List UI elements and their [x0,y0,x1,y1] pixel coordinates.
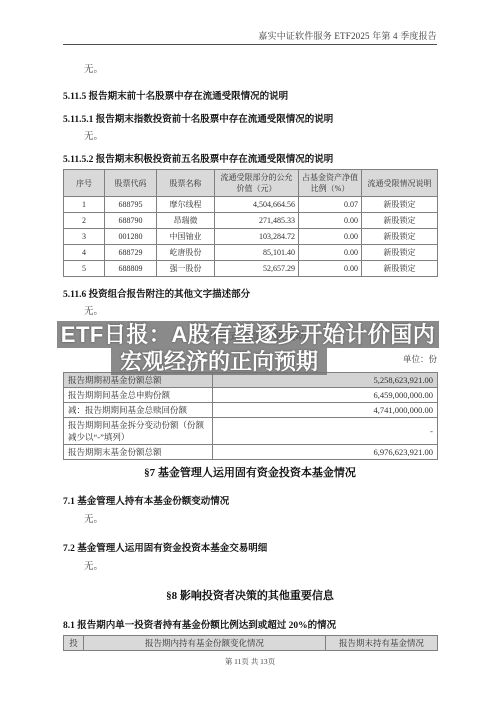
col-header-investor: 投 [64,636,84,651]
share-row-value: 6,976,623,921.00 [213,445,438,460]
share-row-label: 报告期期间基金总申购份额 [64,388,213,403]
cell-note: 新股锁定 [362,229,438,245]
col-header-code: 股票代码 [105,170,157,197]
section-5-11-5-1-body: 无。 [84,128,103,142]
col-header-index: 序号 [64,170,105,197]
cell-fair-value: 52,657.29 [215,261,299,277]
share-row: 报告期期末基金份额总额 6,976,623,921.00 [64,445,438,460]
cell-index: 2 [64,213,105,229]
report-header-title: 嘉实中证软件服务 ETF2025 年第 4 季度报告 [258,29,437,42]
banner-headline-line2: 宏观经济的正向预期 [111,348,327,375]
cell-stock-code: 688795 [105,197,157,213]
cell-pct: 0.00 [299,229,362,245]
cell-pct: 0.00 [299,261,362,277]
cell-stock-code: 688729 [105,245,157,261]
col-header-name: 股票名称 [157,170,215,197]
news-overlay-banner[interactable]: ETF日报：A股有望逐步开始计价国内 宏观经济的正向预期 [57,321,439,375]
stock-row: 4 688729 屹唐股份 85,101.40 0.00 新股锁定 [64,245,438,261]
col-header-note: 流通受限情况说明 [362,170,438,197]
cell-index: 5 [64,261,105,277]
stock-row: 2 688790 昂瑞微 271,485.33 0.00 新股锁定 [64,213,438,229]
col-header-pct: 占基金资产净值比例（%） [299,170,362,197]
section-7-heading: §7 基金管理人运用固有资金投资本基金情况 [0,464,500,480]
cell-index: 3 [64,229,105,245]
share-row-label: 报告期期间基金拆分变动份额（份额减少以“-”填列） [64,418,213,445]
cell-pct: 0.00 [299,245,362,261]
cell-stock-code: 001280 [105,229,157,245]
col-header-fair-value: 流通受限部分的公允价值（元） [215,170,299,197]
cell-stock-name: 中国铀业 [157,229,215,245]
col-header-period-change: 报告期内持有基金份额变化情况 [84,636,326,651]
share-row-label: 报告期期末基金份额总额 [64,445,213,460]
section-8-1-heading: 8.1 报告期内单一投资者持有基金份额比例达到或超过 20%的情况 [63,617,336,631]
share-row: 减：报告期期间基金总赎回份额 4,741,000,000.00 [64,403,438,418]
share-row: 报告期期间基金总申购份额 6,459,000,000.00 [64,388,438,403]
section-5-11-6-body: 无。 [84,303,103,317]
share-row-value: - [213,418,438,445]
page-footer: 第 11页 共 13页 [0,656,500,667]
cell-index: 1 [64,197,105,213]
section-8-heading: §8 影响投资者决策的其他重要信息 [0,587,500,603]
cell-fair-value: 271,485.33 [215,213,299,229]
cell-stock-name: 昂瑞微 [157,213,215,229]
cell-pct: 0.00 [299,213,362,229]
table-header-row: 投 报告期内持有基金份额变化情况 报告期末持有基金情况 [64,636,438,651]
section-7-1-body: 无。 [84,511,103,525]
share-change-table: 报告期期初基金份额总额 5,258,623,921.00 报告期期间基金总申购份… [63,372,438,460]
cell-stock-code: 688809 [105,261,157,277]
share-row-value: 4,741,000,000.00 [213,403,438,418]
section-5-11-5-2-heading: 5.11.5.2 报告期末积极投资前五名股票中存在流通受限情况的说明 [63,151,333,165]
stock-row: 1 688795 摩尔线程 4,504,664.56 0.07 新股锁定 [64,197,438,213]
section-5-11-5-heading: 5.11.5 报告期末前十名股票中存在流通受限情况的说明 [63,88,288,102]
share-row-label: 减：报告期期间基金总赎回份额 [64,403,213,418]
report-page: 嘉实中证软件服务 ETF2025 年第 4 季度报告 无。 5.11.5 报告期… [0,0,500,707]
table-header-row: 序号 股票代码 股票名称 流通受限部分的公允价值（元） 占基金资产净值比例（%）… [64,170,438,197]
section-7-2-heading: 7.2 基金管理人运用固有资金投资本基金交易明细 [63,540,267,554]
cell-pct: 0.07 [299,197,362,213]
share-row-value: 6,459,000,000.00 [213,388,438,403]
cell-stock-code: 688790 [105,213,157,229]
stock-row: 5 688809 强一股份 52,657.29 0.00 新股锁定 [64,261,438,277]
cell-index: 4 [64,245,105,261]
col-header-period-end: 报告期末持有基金情况 [326,636,438,651]
cell-note: 新股锁定 [362,261,438,277]
section-7-2-body: 无。 [84,558,103,572]
header-rule [63,44,437,45]
stock-row: 3 001280 中国铀业 103,284.72 0.00 新股锁定 [64,229,438,245]
section-7-1-heading: 7.1 基金管理人持有本基金份额变动情况 [63,493,229,507]
cell-note: 新股锁定 [362,213,438,229]
section-5-11-6-heading: 5.11.6 投资组合报告附注的其他文字描述部分 [63,286,250,300]
prev-section-none: 无。 [84,61,103,75]
cell-stock-name: 强一股份 [157,261,215,277]
cell-note: 新股锁定 [362,197,438,213]
cell-stock-name: 摩尔线程 [157,197,215,213]
cell-fair-value: 103,284.72 [215,229,299,245]
banner-headline-line1: ETF日报：A股有望逐步开始计价国内 [57,321,439,348]
restricted-shares-table: 序号 股票代码 股票名称 流通受限部分的公允价值（元） 占基金资产净值比例（%）… [63,169,438,277]
investor-holdings-table: 投 报告期内持有基金份额变化情况 报告期末持有基金情况 [63,635,438,651]
section-5-11-5-1-heading: 5.11.5.1 报告期末指数投资前十名股票中存在流通受限情况的说明 [63,111,333,125]
share-row: 报告期期间基金拆分变动份额（份额减少以“-”填列） - [64,418,438,445]
cell-fair-value: 85,101.40 [215,245,299,261]
cell-note: 新股锁定 [362,245,438,261]
cell-fair-value: 4,504,664.56 [215,197,299,213]
cell-stock-name: 屹唐股份 [157,245,215,261]
